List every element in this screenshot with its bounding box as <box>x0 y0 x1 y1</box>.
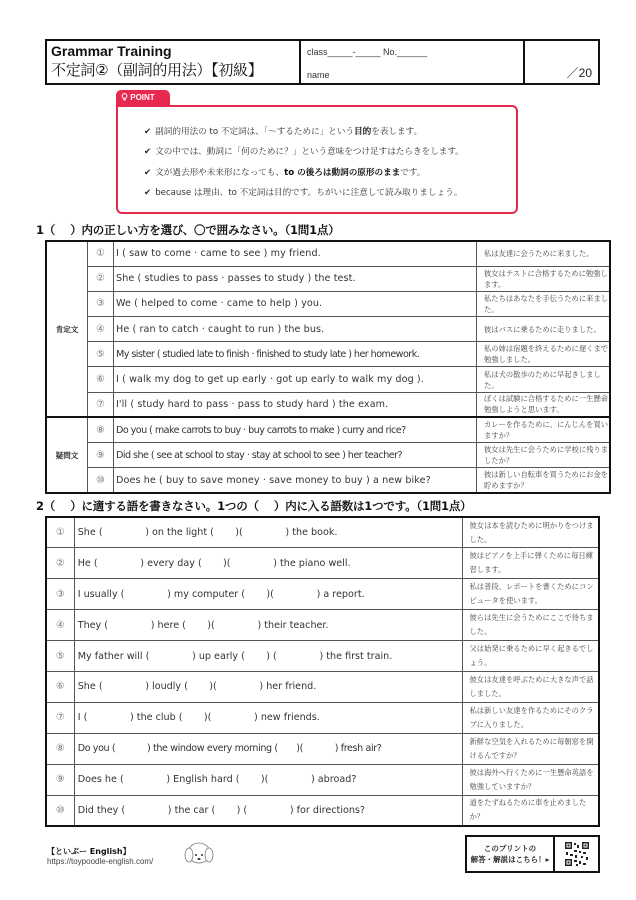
question-number: ⑤ <box>46 641 74 672</box>
class-number-field[interactable]: class_____-_____ No.______ <box>307 47 427 57</box>
translation: 彼女は本を読むために明かりをつけました。 <box>462 517 599 548</box>
table-row: ⑩ Does he ( buy to save money · save mon… <box>46 468 610 493</box>
table-row: ⑦ I ( ) the club ( )( ) new friends. 私は新… <box>46 702 599 733</box>
group-label-question: 疑問文 <box>46 417 88 493</box>
translation: 彼はバスに乗るために走りました。 <box>477 317 611 342</box>
table-row: ⑦ I'll ( study hard to pass · pass to st… <box>46 392 610 417</box>
table-row: ⑥ I ( walk my dog to get up early · got … <box>46 367 610 392</box>
fill-in-question[interactable]: I ( ) the club ( )( ) new friends. <box>74 702 462 733</box>
fill-in-question[interactable]: I usually ( ) my computer ( )( ) a repor… <box>74 579 462 610</box>
translation: 彼は海外へ行くために一生懸命英語を勉強していますか？ <box>462 764 599 795</box>
point-item: ✔副詞的用法の to 不定詞は、「～するために」という目的を表します。 <box>144 122 464 142</box>
section2-title: 2（ ）に適する語を書きなさい。1つの（ ）内に入る語数は1つです。（1問1点） <box>36 498 471 514</box>
question-number: ⑤ <box>88 342 114 367</box>
title-japanese: 不定詞②（副詞的用法）【初級】 <box>51 59 299 81</box>
fill-in-question[interactable]: My father will ( ) up early ( ) ( ) the … <box>74 641 462 672</box>
question-text[interactable]: We ( helped to come · came to help ) you… <box>114 291 477 316</box>
translation: 私は友達に会うために来ました。 <box>477 241 611 266</box>
poodle-logo-icon <box>183 840 215 868</box>
fill-in-question[interactable]: He ( ) every day ( )( ) the piano well. <box>74 548 462 579</box>
table-row: 肯定文 ① I ( saw to come · came to see ) my… <box>46 241 610 266</box>
check-icon: ✔ <box>144 168 151 178</box>
question-text[interactable]: I ( saw to come · came to see ) my frien… <box>114 241 477 266</box>
translation: 私は犬の散歩のために早起きしました。 <box>477 367 611 392</box>
fill-in-question[interactable]: Does he ( ) English hard ( )( ) abroad? <box>74 764 462 795</box>
question-text[interactable]: Do you ( make carrots to buy · buy carro… <box>114 417 477 442</box>
question-text[interactable]: She ( studies to pass · passes to study … <box>114 266 477 291</box>
question-number: ⑩ <box>88 468 114 493</box>
question-text[interactable]: He ( ran to catch · caught to run ) the … <box>114 317 477 342</box>
point-tab: POINT <box>116 90 170 106</box>
question-number: ③ <box>46 579 74 610</box>
question-number: ⑦ <box>88 392 114 417</box>
translation: ぼくは試験に合格するために一生懸命勉強しようと思います。 <box>477 392 611 417</box>
translation: 父は始発に乗るために早く起きるでしょう。 <box>462 641 599 672</box>
question-number: ② <box>88 266 114 291</box>
answer-link-text[interactable]: このプリントの 解答・解説はこちら！▸ <box>467 837 555 871</box>
question-number: ⑨ <box>88 443 114 468</box>
translation: 私の姉は宿題を終えるために遅くまで勉強しました。 <box>477 342 611 367</box>
point-item: ✔because は理由、to 不定詞は目的です。ちがいに注意して読み取りましょ… <box>144 183 464 203</box>
translation: 彼女は先生に会うために学校に残りましたか？ <box>477 443 611 468</box>
translation: 彼は新しい自転車を買うためにお金を貯めますか？ <box>477 468 611 493</box>
check-icon: ✔ <box>144 127 151 137</box>
table-row: ③ I usually ( ) my computer ( )( ) a rep… <box>46 579 599 610</box>
table-row: ⑧ Do you ( ) the window every morning ( … <box>46 733 599 764</box>
table-row: ⑨ Did she ( see at school to stay · stay… <box>46 443 610 468</box>
score-block: ／20 <box>525 41 598 83</box>
table-row: ③ We ( helped to come · came to help ) y… <box>46 291 610 316</box>
translation: 彼女は友達を呼ぶために大きな声で話しました。 <box>462 671 599 702</box>
question-text[interactable]: Does he ( buy to save money · save money… <box>114 468 477 493</box>
translation: カレーを作るために、にんじんを買いますか？ <box>477 417 611 442</box>
student-info-block: class_____-_____ No.______ name <box>301 41 525 83</box>
question-number: ① <box>88 241 114 266</box>
score-total: ／20 <box>567 64 592 81</box>
translation: 道をたずねるために車を止めましたか？ <box>462 795 599 826</box>
table-row: ② He ( ) every day ( )( ) the piano well… <box>46 548 599 579</box>
fill-in-question[interactable]: She ( ) on the light ( )( ) the book. <box>74 517 462 548</box>
translation: 私は普段、レポートを書くためにコンピュータを使います。 <box>462 579 599 610</box>
lightbulb-icon <box>121 93 130 102</box>
table-row: ④ They ( ) here ( )( ) their teacher. 彼ら… <box>46 610 599 641</box>
table-row: ① She ( ) on the light ( )( ) the book. … <box>46 517 599 548</box>
translation: 私たちはあなたを手伝うために来ました。 <box>477 291 611 316</box>
translation: 新鮮な空気を入れるために毎朝窓を開けるんですか？ <box>462 733 599 764</box>
section1-table: 肯定文 ① I ( saw to come · came to see ) my… <box>45 240 611 494</box>
fill-in-question[interactable]: Did they ( ) the car ( ) ( ) for directi… <box>74 795 462 826</box>
section1-title: 1（ ）内の正しい方を選び、〇で囲みなさい。（1問1点） <box>36 222 340 238</box>
translation: 私は新しい友達を作るためにそのクラブに入りました。 <box>462 702 599 733</box>
group-label-affirmative: 肯定文 <box>46 241 88 417</box>
translation: 彼はピアノを上手に弾くために毎日練習します。 <box>462 548 599 579</box>
question-number: ③ <box>88 291 114 316</box>
question-text[interactable]: I'll ( study hard to pass · pass to stud… <box>114 392 477 417</box>
qr-code-icon[interactable] <box>555 837 598 871</box>
worksheet-header: Grammar Training 不定詞②（副詞的用法）【初級】 class__… <box>45 39 600 85</box>
question-number: ⑥ <box>46 671 74 702</box>
question-text[interactable]: My sister ( studied late to finish · fin… <box>114 342 477 367</box>
fill-in-question[interactable]: They ( ) here ( )( ) their teacher. <box>74 610 462 641</box>
check-icon: ✔ <box>144 147 151 157</box>
question-number: ⑩ <box>46 795 74 826</box>
translation: 彼女はテストに合格するために勉強します。 <box>477 266 611 291</box>
point-label: POINT <box>130 93 154 102</box>
question-number: ④ <box>88 317 114 342</box>
site-url-link[interactable]: https://toypoodle-english.com/ <box>47 857 153 866</box>
answer-link-box[interactable]: このプリントの 解答・解説はこちら！▸ <box>465 835 600 873</box>
name-field[interactable]: name <box>307 70 330 80</box>
question-number: ⑨ <box>46 764 74 795</box>
point-list: ✔副詞的用法の to 不定詞は、「～するために」という目的を表します。 ✔文の中… <box>144 122 464 204</box>
table-row: ② She ( studies to pass · passes to stud… <box>46 266 610 291</box>
translation: 彼らは先生に会うためにここで待ちました。 <box>462 610 599 641</box>
table-row: ④ He ( ran to catch · caught to run ) th… <box>46 317 610 342</box>
point-item: ✔文が過去形や未来形になっても、to の後ろは動詞の原形のままです。 <box>144 163 464 183</box>
table-row: ⑩ Did they ( ) the car ( ) ( ) for direc… <box>46 795 599 826</box>
question-number: ⑦ <box>46 702 74 733</box>
table-row: ⑥ She ( ) loudly ( )( ) her friend. 彼女は友… <box>46 671 599 702</box>
question-number: ② <box>46 548 74 579</box>
question-number: ① <box>46 517 74 548</box>
question-text[interactable]: I ( walk my dog to get up early · got up… <box>114 367 477 392</box>
table-row: 疑問文 ⑧ Do you ( make carrots to buy · buy… <box>46 417 610 442</box>
question-text[interactable]: Did she ( see at school to stay · stay a… <box>114 443 477 468</box>
title-block: Grammar Training 不定詞②（副詞的用法）【初級】 <box>47 41 301 83</box>
fill-in-question[interactable]: Do you ( ) the window every morning ( )(… <box>74 733 462 764</box>
point-item: ✔文の中では、動詞に「何のために？」という意味をつけ足すはたらきをします。 <box>144 142 464 162</box>
table-row: ⑨ Does he ( ) English hard ( )( ) abroad… <box>46 764 599 795</box>
question-number: ⑧ <box>88 417 114 442</box>
table-row: ⑤ My sister ( studied late to finish · f… <box>46 342 610 367</box>
table-row: ⑤ My father will ( ) up early ( ) ( ) th… <box>46 641 599 672</box>
fill-in-question[interactable]: She ( ) loudly ( )( ) her friend. <box>74 671 462 702</box>
question-number: ⑥ <box>88 367 114 392</box>
question-number: ⑧ <box>46 733 74 764</box>
check-icon: ✔ <box>144 188 151 198</box>
section2-table: ① She ( ) on the light ( )( ) the book. … <box>45 516 600 827</box>
question-number: ④ <box>46 610 74 641</box>
title-english: Grammar Training <box>51 43 299 59</box>
brand-name: 【といぷー English】 <box>47 846 131 857</box>
point-box: ✔副詞的用法の to 不定詞は、「～するために」という目的を表します。 ✔文の中… <box>116 105 518 214</box>
